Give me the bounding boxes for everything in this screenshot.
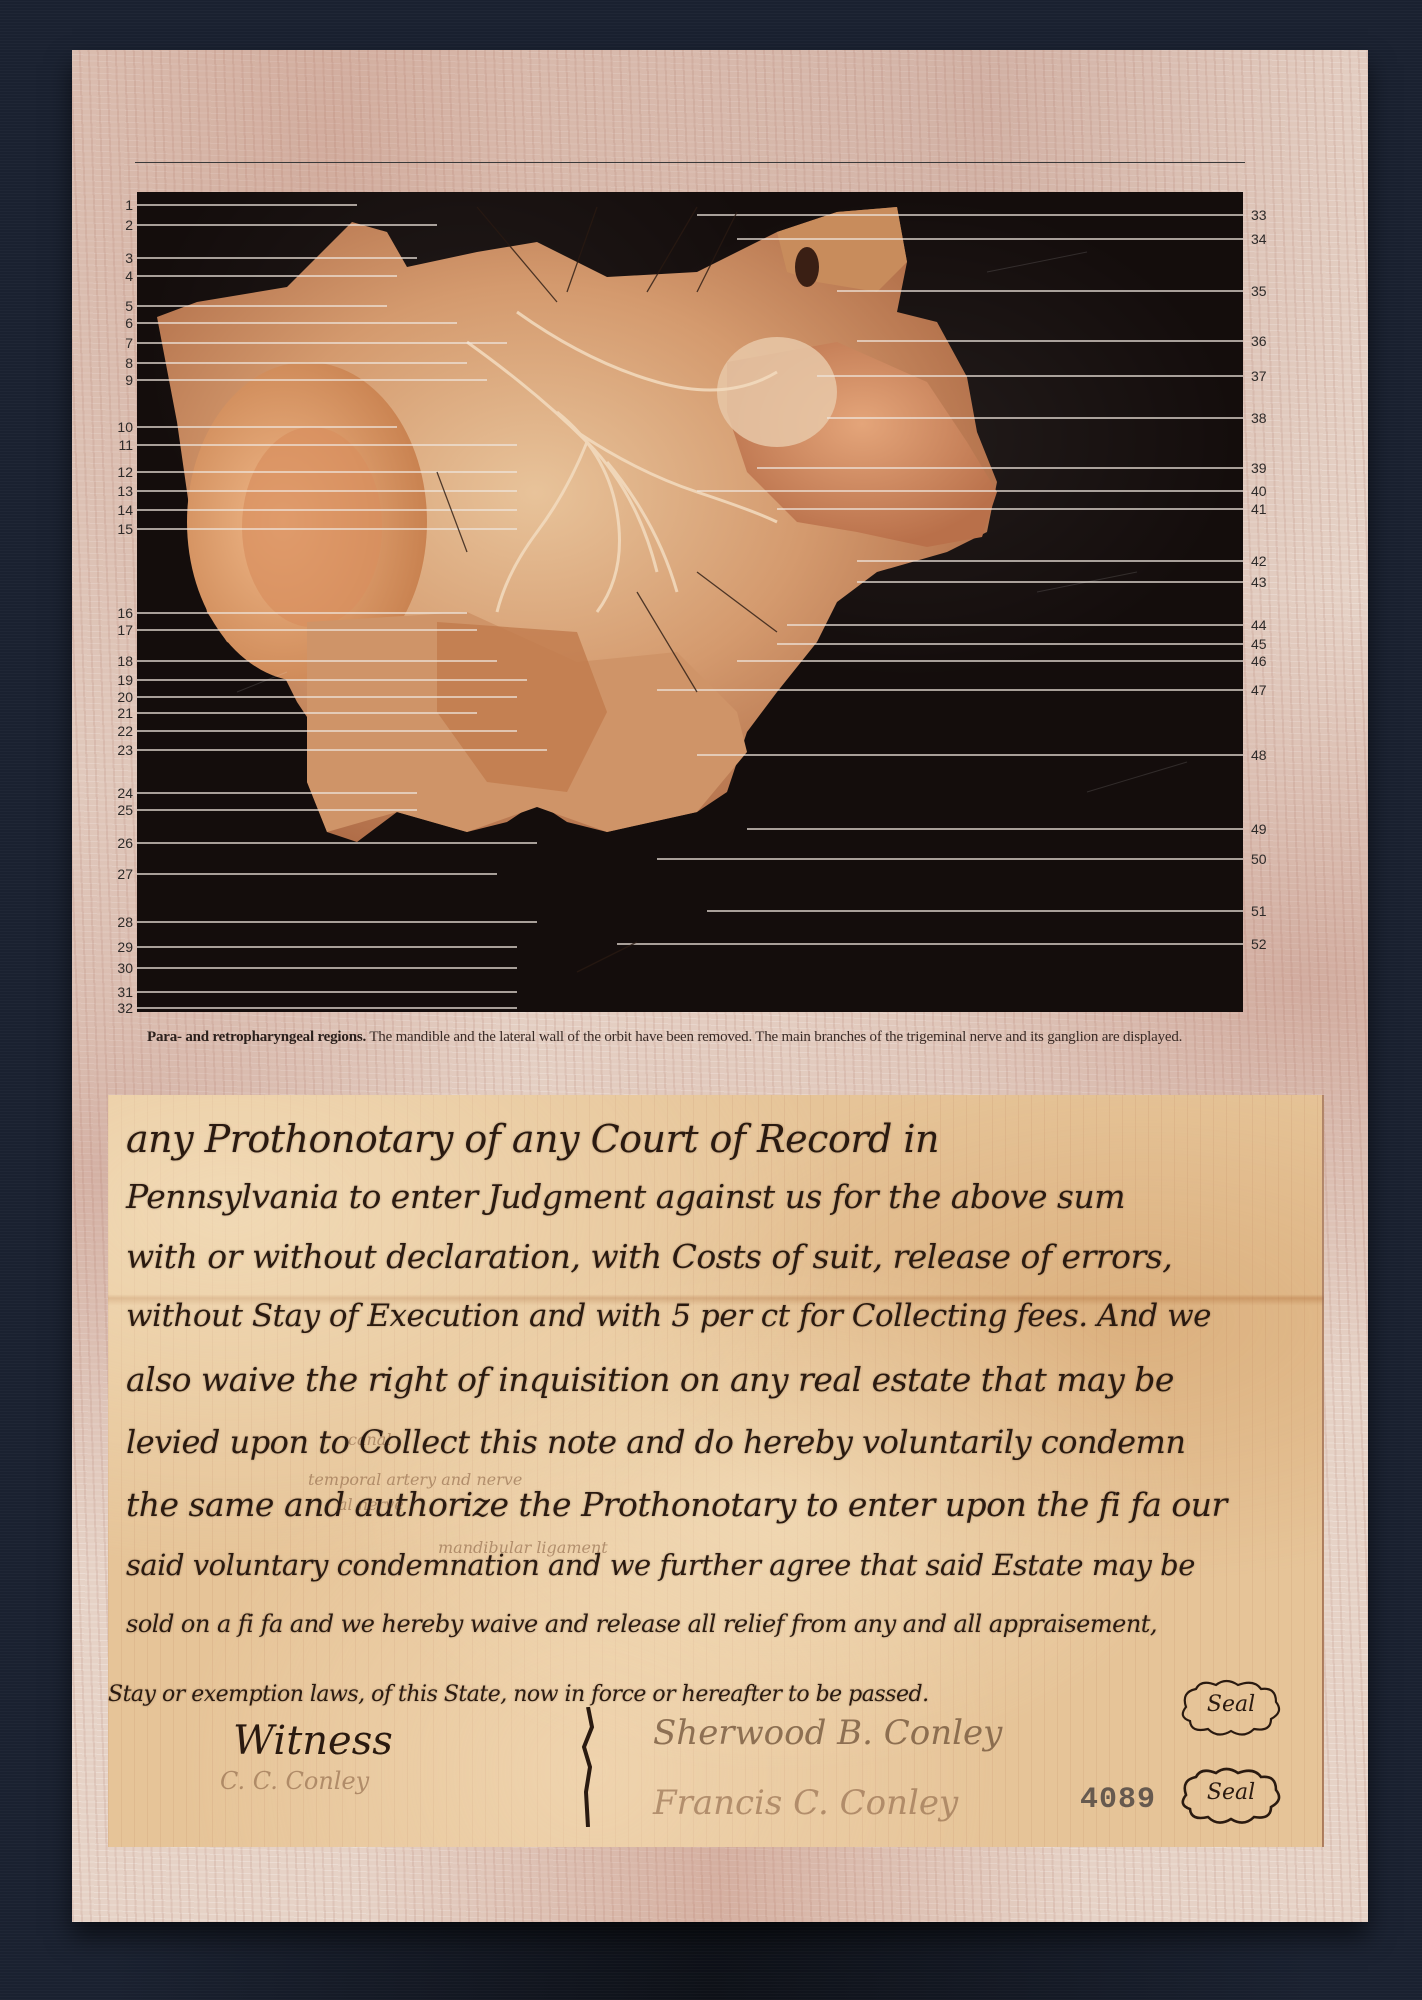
- label-number: 50: [1251, 852, 1281, 866]
- label-number: 18: [103, 654, 133, 668]
- label-number: 14: [103, 503, 133, 517]
- label-number: 34: [1251, 232, 1281, 246]
- label-number: 25: [103, 803, 133, 817]
- label-number: 8: [103, 356, 133, 370]
- label-number: 16: [103, 606, 133, 620]
- label-number: 42: [1251, 554, 1281, 568]
- label-number: 5: [103, 299, 133, 313]
- label-number: 37: [1251, 369, 1281, 383]
- label-number: 43: [1251, 575, 1281, 589]
- document-line-4: without Stay of Execution and with 5 per…: [126, 1298, 1211, 1334]
- seal-2-label: Seal: [1176, 1780, 1286, 1805]
- label-number: 48: [1251, 748, 1281, 762]
- stamp-number: 4089: [1080, 1783, 1156, 1817]
- caption-title: Para- and retropharyngeal regions.: [147, 1029, 366, 1045]
- label-number: 1: [103, 198, 133, 212]
- label-number: 49: [1251, 822, 1281, 836]
- label-number: 40: [1251, 484, 1281, 498]
- label-number: 21: [103, 706, 133, 720]
- label-number: 13: [103, 484, 133, 498]
- label-number: 15: [103, 522, 133, 536]
- seal-1: Seal: [1176, 1677, 1286, 1739]
- label-number: 6: [103, 316, 133, 330]
- label-number: 7: [103, 336, 133, 350]
- document-line-6: levied upon to Collect this note and do …: [126, 1423, 1185, 1461]
- label-number: 33: [1251, 208, 1281, 222]
- label-number: 22: [103, 724, 133, 738]
- label-number: 41: [1251, 502, 1281, 516]
- label-number: 31: [103, 985, 133, 999]
- label-number: 32: [103, 1001, 133, 1015]
- label-number: 28: [103, 915, 133, 929]
- witness-label: Witness: [233, 1718, 393, 1764]
- bracket-mark: [578, 1707, 598, 1827]
- document-line-9: sold on a fi fa and we hereby waive and …: [126, 1610, 1157, 1638]
- seal-2: Seal: [1176, 1765, 1286, 1827]
- document-line-5: also waive the right of inquisition on a…: [126, 1360, 1174, 1399]
- label-number: 51: [1251, 904, 1281, 918]
- label-number: 26: [103, 836, 133, 850]
- label-number: 35: [1251, 284, 1281, 298]
- label-number: 2: [103, 218, 133, 232]
- label-number: 3: [103, 251, 133, 265]
- label-number: 36: [1251, 334, 1281, 348]
- document-line-3: with or without declaration, with Costs …: [126, 1237, 1172, 1276]
- document-line-10: Stay or exemption laws, of this State, n…: [108, 1682, 929, 1707]
- label-number: 29: [103, 940, 133, 954]
- signature-2: Francis C. Conley: [653, 1783, 958, 1823]
- label-number: 11: [103, 438, 133, 452]
- label-number: 24: [103, 786, 133, 800]
- figure-caption: Para- and retropharyngeal regions. The m…: [147, 1027, 1247, 1048]
- document-line-2: Pennsylvania to enter Judgment against u…: [126, 1177, 1125, 1216]
- label-number: 20: [103, 690, 133, 704]
- label-number: 17: [103, 623, 133, 637]
- label-number: 38: [1251, 411, 1281, 425]
- document-line-7: the same and authorize the Prothonotary …: [126, 1485, 1227, 1524]
- label-number: 4: [103, 269, 133, 283]
- top-rule-divider: [135, 162, 1245, 163]
- label-number: 39: [1251, 461, 1281, 475]
- caption-text: The mandible and the lateral wall of the…: [369, 1029, 1182, 1045]
- specimen-illustration: [137, 192, 1243, 1012]
- label-number: 27: [103, 867, 133, 881]
- label-number: 10: [103, 420, 133, 434]
- dissection-photo: [137, 192, 1243, 1012]
- label-number: 47: [1251, 683, 1281, 697]
- seal-1-label: Seal: [1176, 1692, 1286, 1717]
- signature-1: Sherwood B. Conley: [653, 1713, 1002, 1753]
- label-number: 9: [103, 373, 133, 387]
- label-number: 12: [103, 465, 133, 479]
- handwritten-document: canal temporal artery and nerve al nerve…: [108, 1095, 1324, 1847]
- label-number: 23: [103, 743, 133, 757]
- label-number: 30: [103, 961, 133, 975]
- label-number: 44: [1251, 618, 1281, 632]
- document-line-1: any Prothonotary of any Court of Record …: [126, 1117, 939, 1161]
- label-number: 46: [1251, 654, 1281, 668]
- label-number: 19: [103, 673, 133, 687]
- label-number: 52: [1251, 937, 1281, 951]
- witness-signature: C. C. Conley: [220, 1767, 369, 1795]
- label-number: 45: [1251, 637, 1281, 651]
- document-line-8: said voluntary condemnation and we furth…: [126, 1548, 1195, 1582]
